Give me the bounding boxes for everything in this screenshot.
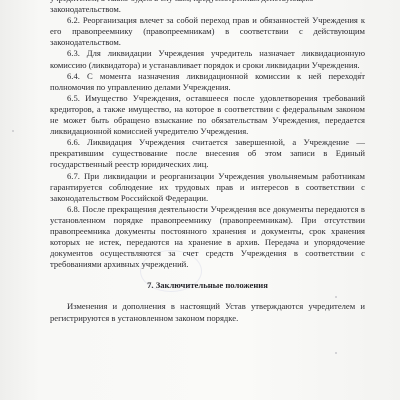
- paragraph-6-6: 6.6. Ликвидация Учреждения считается зав…: [50, 137, 365, 170]
- scanned-page: учредителем, а также будем в случаях, пр…: [0, 0, 400, 400]
- document-body: учредителем, а также будем в случаях, пр…: [50, 0, 365, 324]
- scan-speck: [335, 352, 337, 354]
- scan-speck: [12, 130, 14, 132]
- paragraph-6-2: 6.2. Реорганизация влечет за собой перех…: [50, 15, 365, 48]
- paragraph-6-8: 6.8. После прекращения деятельности Учре…: [50, 204, 365, 271]
- paragraph-6-5: 6.5. Имущество Учреждения, оставшееся по…: [50, 93, 365, 137]
- paragraph-6-7: 6.7. При ликвидации и реорганизации Учре…: [50, 171, 365, 204]
- section-heading: 7. Заключительные положения: [50, 280, 365, 291]
- final-paragraph: Изменения и дополнения в настоящий Устав…: [50, 301, 365, 323]
- paragraph-6-4: 6.4. С момента назначения ликвидационной…: [50, 71, 365, 93]
- top-fragment-end: законодательством.: [50, 4, 365, 15]
- paragraph-6-3: 6.3. Для ликвидации Учреждения учредител…: [50, 48, 365, 70]
